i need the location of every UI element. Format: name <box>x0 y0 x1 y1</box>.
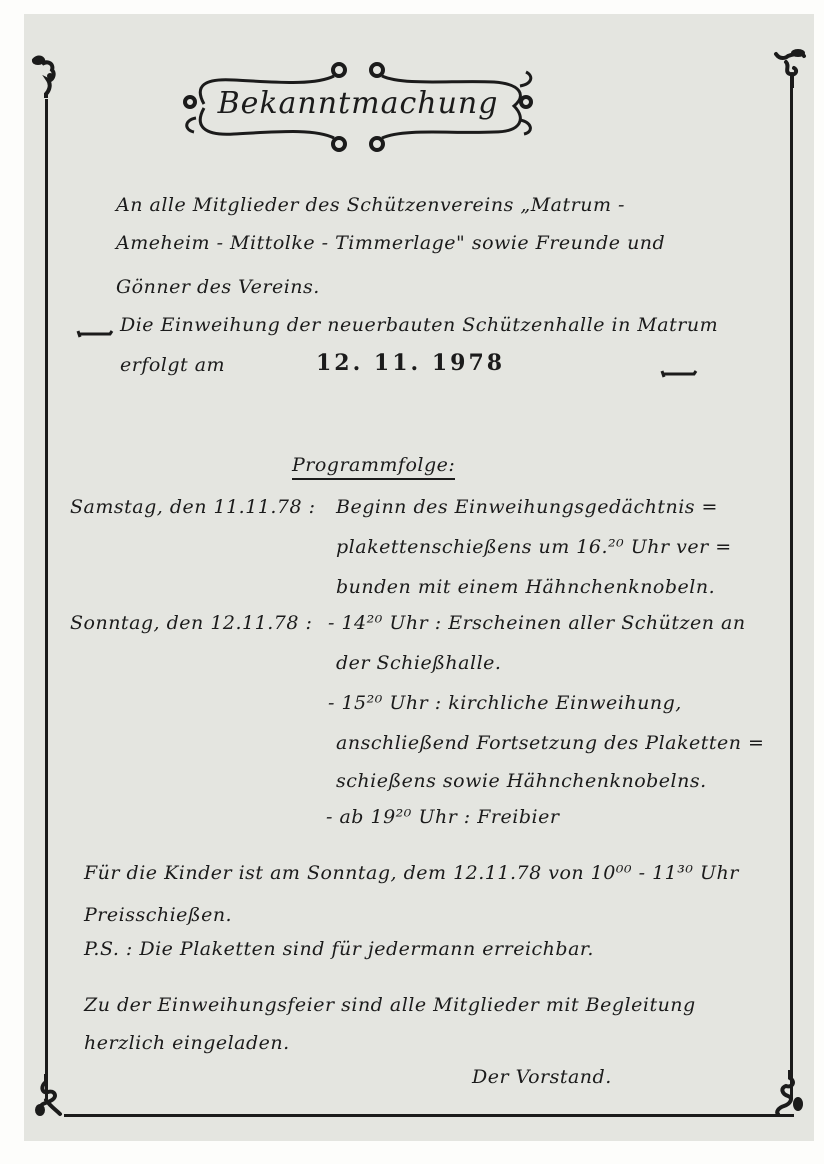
program-line: anschließend Fortsetzung des Plaketten = <box>336 732 764 754</box>
program-line: schießens sowie Hähnchenknobelns. <box>336 770 707 792</box>
announcement-date: 12. 11. 1978 <box>316 350 505 376</box>
announcement-line: erfolgt am <box>120 354 225 376</box>
corner-ornament-icon <box>772 44 808 88</box>
program-line: Beginn des Einweihungsgedächtnis = <box>336 496 718 518</box>
program-day: Samstag, den 11.11.78 : <box>70 496 316 518</box>
program-day: Sonntag, den 12.11.78 : <box>70 612 312 634</box>
title-cartouche: Bekanntmachung <box>174 56 542 156</box>
document-title: Bekanntmachung <box>174 86 542 121</box>
ps-line: P.S. : Die Plaketten sind für jedermann … <box>84 938 594 960</box>
address-line: Gönner des Vereins. <box>116 276 320 298</box>
program-heading: Programmfolge: <box>292 454 455 480</box>
invitation-line: herzlich eingeladen. <box>84 1032 290 1054</box>
bracket-mark-icon <box>76 324 114 334</box>
program-line: der Schießhalle. <box>336 652 501 674</box>
program-line: - 14²⁰ Uhr : Erscheinen aller Schützen a… <box>328 612 746 634</box>
announcement-line: Die Einweihung der neuerbauten Schützenh… <box>120 314 718 336</box>
document-page: Bekanntmachung An alle Mitglieder des Sc… <box>24 14 814 1141</box>
program-line: bunden mit einem Hähnchenknobeln. <box>336 576 715 598</box>
corner-ornament-icon <box>30 54 66 98</box>
corner-ornament-icon <box>32 1074 68 1118</box>
children-line: Für die Kinder ist am Sonntag, dem 12.11… <box>84 862 739 884</box>
program-line: - ab 19²⁰ Uhr : Freibier <box>326 806 559 828</box>
address-line: An alle Mitglieder des Schützenvereins „… <box>116 194 625 216</box>
bracket-mark-icon <box>660 364 698 374</box>
program-line: plakettenschießens um 16.²⁰ Uhr ver = <box>336 536 732 558</box>
address-line: Ameheim - Mittolke - Timmerlage" sowie F… <box>116 232 665 254</box>
frame-left-border <box>45 99 48 1099</box>
invitation-line: Zu der Einweihungsfeier sind alle Mitgli… <box>84 994 696 1016</box>
frame-right-border <box>790 74 793 1099</box>
signature: Der Vorstand. <box>472 1066 612 1088</box>
children-line: Preisschießen. <box>84 904 232 926</box>
program-line: - 15²⁰ Uhr : kirchliche Einweihung, <box>328 692 682 714</box>
frame-bottom-border <box>64 1114 794 1117</box>
corner-ornament-icon <box>770 1070 806 1114</box>
